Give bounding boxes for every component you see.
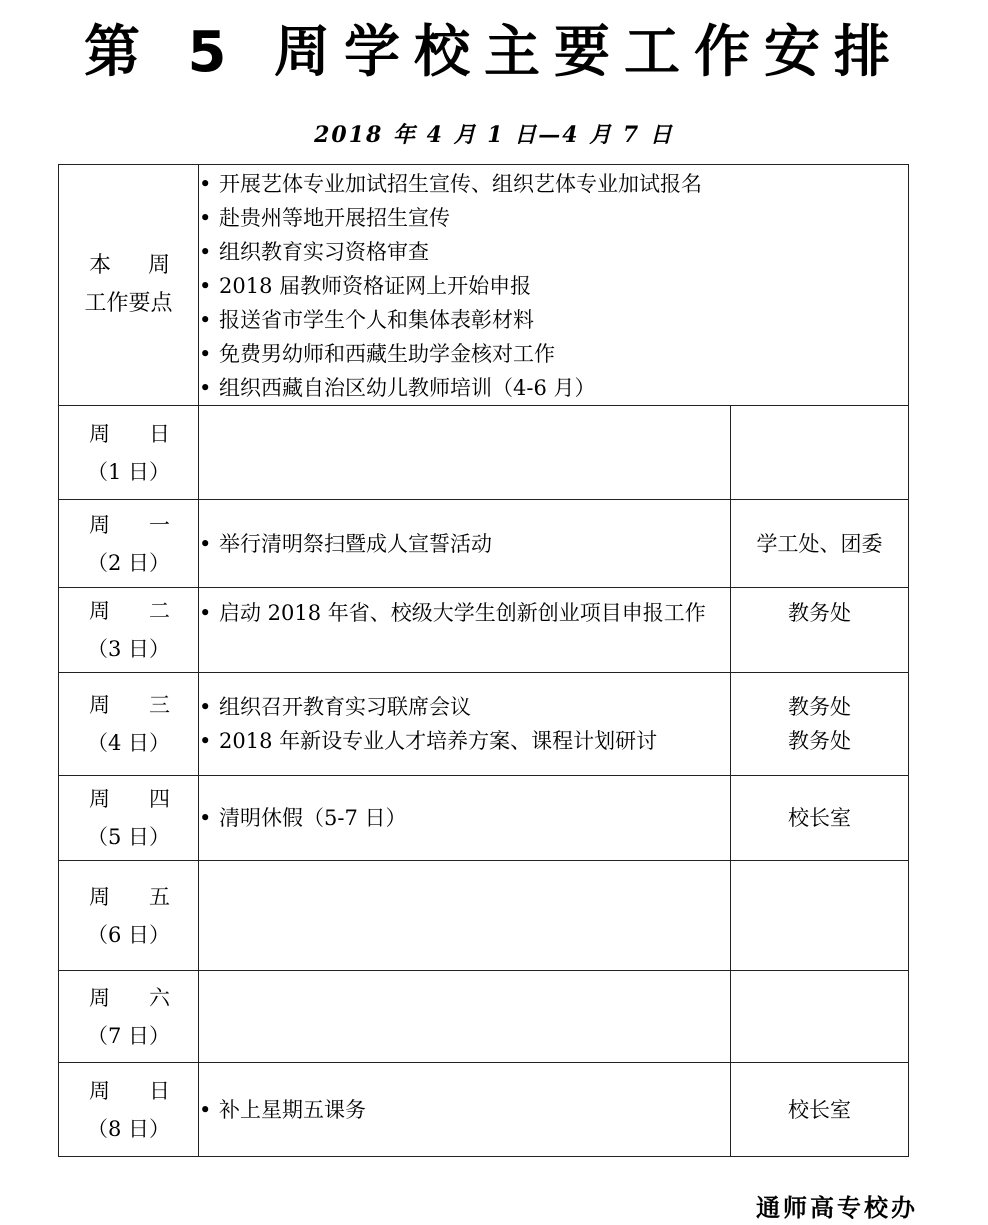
day-label: 周一 （2 日） bbox=[59, 500, 199, 588]
day-label: 周日 （8 日） bbox=[59, 1063, 199, 1157]
day-tasks: •清明休假（5-7 日） bbox=[199, 776, 731, 861]
day-row-sun-1: 周日 （1 日） bbox=[59, 406, 909, 500]
day-tasks bbox=[199, 406, 731, 500]
day-label: 周四 （5 日） bbox=[59, 776, 199, 861]
day-row-fri: 周五 （6 日） bbox=[59, 861, 909, 971]
day-owner: 校长室 bbox=[731, 776, 909, 861]
day-row-wed: 周三 （4 日） •组织召开教育实习联席会议 •2018 年新设专业人才培养方案… bbox=[59, 673, 909, 776]
day-tasks: •启动 2018 年省、校级大学生创新创业项目申报工作 bbox=[199, 588, 731, 673]
key-points-row: 本 周 工作要点 •开展艺体专业加试招生宣传、组织艺体专业加试报名 •赴贵州等地… bbox=[59, 165, 909, 406]
issuer-signature: 通师高专校办 bbox=[756, 1188, 918, 1223]
day-row-sun-8: 周日 （8 日） •补上星期五课务 校长室 bbox=[59, 1063, 909, 1157]
day-tasks bbox=[199, 861, 731, 971]
day-owner: 教务处 bbox=[731, 588, 909, 673]
key-points-label-1b: 周 bbox=[148, 247, 170, 285]
key-points-label-2: 工作要点 bbox=[59, 285, 198, 323]
day-owner bbox=[731, 406, 909, 500]
date-range: 2018 年 4 月 1 日—4 月 7 日 bbox=[0, 118, 988, 152]
day-tasks: •补上星期五课务 bbox=[199, 1063, 731, 1157]
list-item: •组织西藏自治区幼儿教师培训（4-6 月） bbox=[199, 371, 908, 405]
list-item: •赴贵州等地开展招生宣传 bbox=[199, 201, 908, 235]
page-title: 第 5 周学校主要工作安排 bbox=[0, 18, 988, 88]
day-owner: 学工处、团委 bbox=[731, 500, 909, 588]
list-item: •启动 2018 年省、校级大学生创新创业项目申报工作 bbox=[199, 596, 730, 630]
day-tasks: •组织召开教育实习联席会议 •2018 年新设专业人才培养方案、课程计划研讨 bbox=[199, 673, 731, 776]
list-item: •2018 届教师资格证网上开始申报 bbox=[199, 269, 908, 303]
list-item: •2018 年新设专业人才培养方案、课程计划研讨 bbox=[199, 724, 730, 758]
day-label: 周日 （1 日） bbox=[59, 406, 199, 500]
list-item: •组织教育实习资格审查 bbox=[199, 235, 908, 269]
list-item: •清明休假（5-7 日） bbox=[199, 801, 730, 835]
day-label: 周二 （3 日） bbox=[59, 588, 199, 673]
list-item: •补上星期五课务 bbox=[199, 1093, 730, 1127]
day-row-thu: 周四 （5 日） •清明休假（5-7 日） 校长室 bbox=[59, 776, 909, 861]
key-points-label-1a: 本 bbox=[89, 247, 111, 285]
key-points-list: •开展艺体专业加试招生宣传、组织艺体专业加试报名 •赴贵州等地开展招生宣传 •组… bbox=[199, 165, 909, 406]
day-label: 周六 （7 日） bbox=[59, 971, 199, 1063]
day-row-sat: 周六 （7 日） bbox=[59, 971, 909, 1063]
day-label: 周五 （6 日） bbox=[59, 861, 199, 971]
day-row-tue: 周二 （3 日） •启动 2018 年省、校级大学生创新创业项目申报工作 教务处 bbox=[59, 588, 909, 673]
list-item: •组织召开教育实习联席会议 bbox=[199, 690, 730, 724]
day-owner: 校长室 bbox=[731, 1063, 909, 1157]
list-item: •举行清明祭扫暨成人宣誓活动 bbox=[199, 527, 730, 561]
day-row-mon: 周一 （2 日） •举行清明祭扫暨成人宣誓活动 学工处、团委 bbox=[59, 500, 909, 588]
day-owner: 教务处 教务处 bbox=[731, 673, 909, 776]
list-item: •免费男幼师和西藏生助学金核对工作 bbox=[199, 337, 908, 371]
day-tasks bbox=[199, 971, 731, 1063]
day-label: 周三 （4 日） bbox=[59, 673, 199, 776]
key-points-label: 本 周 工作要点 bbox=[59, 165, 199, 406]
schedule-table: 本 周 工作要点 •开展艺体专业加试招生宣传、组织艺体专业加试报名 •赴贵州等地… bbox=[58, 164, 909, 1157]
day-tasks: •举行清明祭扫暨成人宣誓活动 bbox=[199, 500, 731, 588]
day-owner bbox=[731, 861, 909, 971]
list-item: •开展艺体专业加试招生宣传、组织艺体专业加试报名 bbox=[199, 167, 908, 201]
list-item: •报送省市学生个人和集体表彰材料 bbox=[199, 303, 908, 337]
day-owner bbox=[731, 971, 909, 1063]
